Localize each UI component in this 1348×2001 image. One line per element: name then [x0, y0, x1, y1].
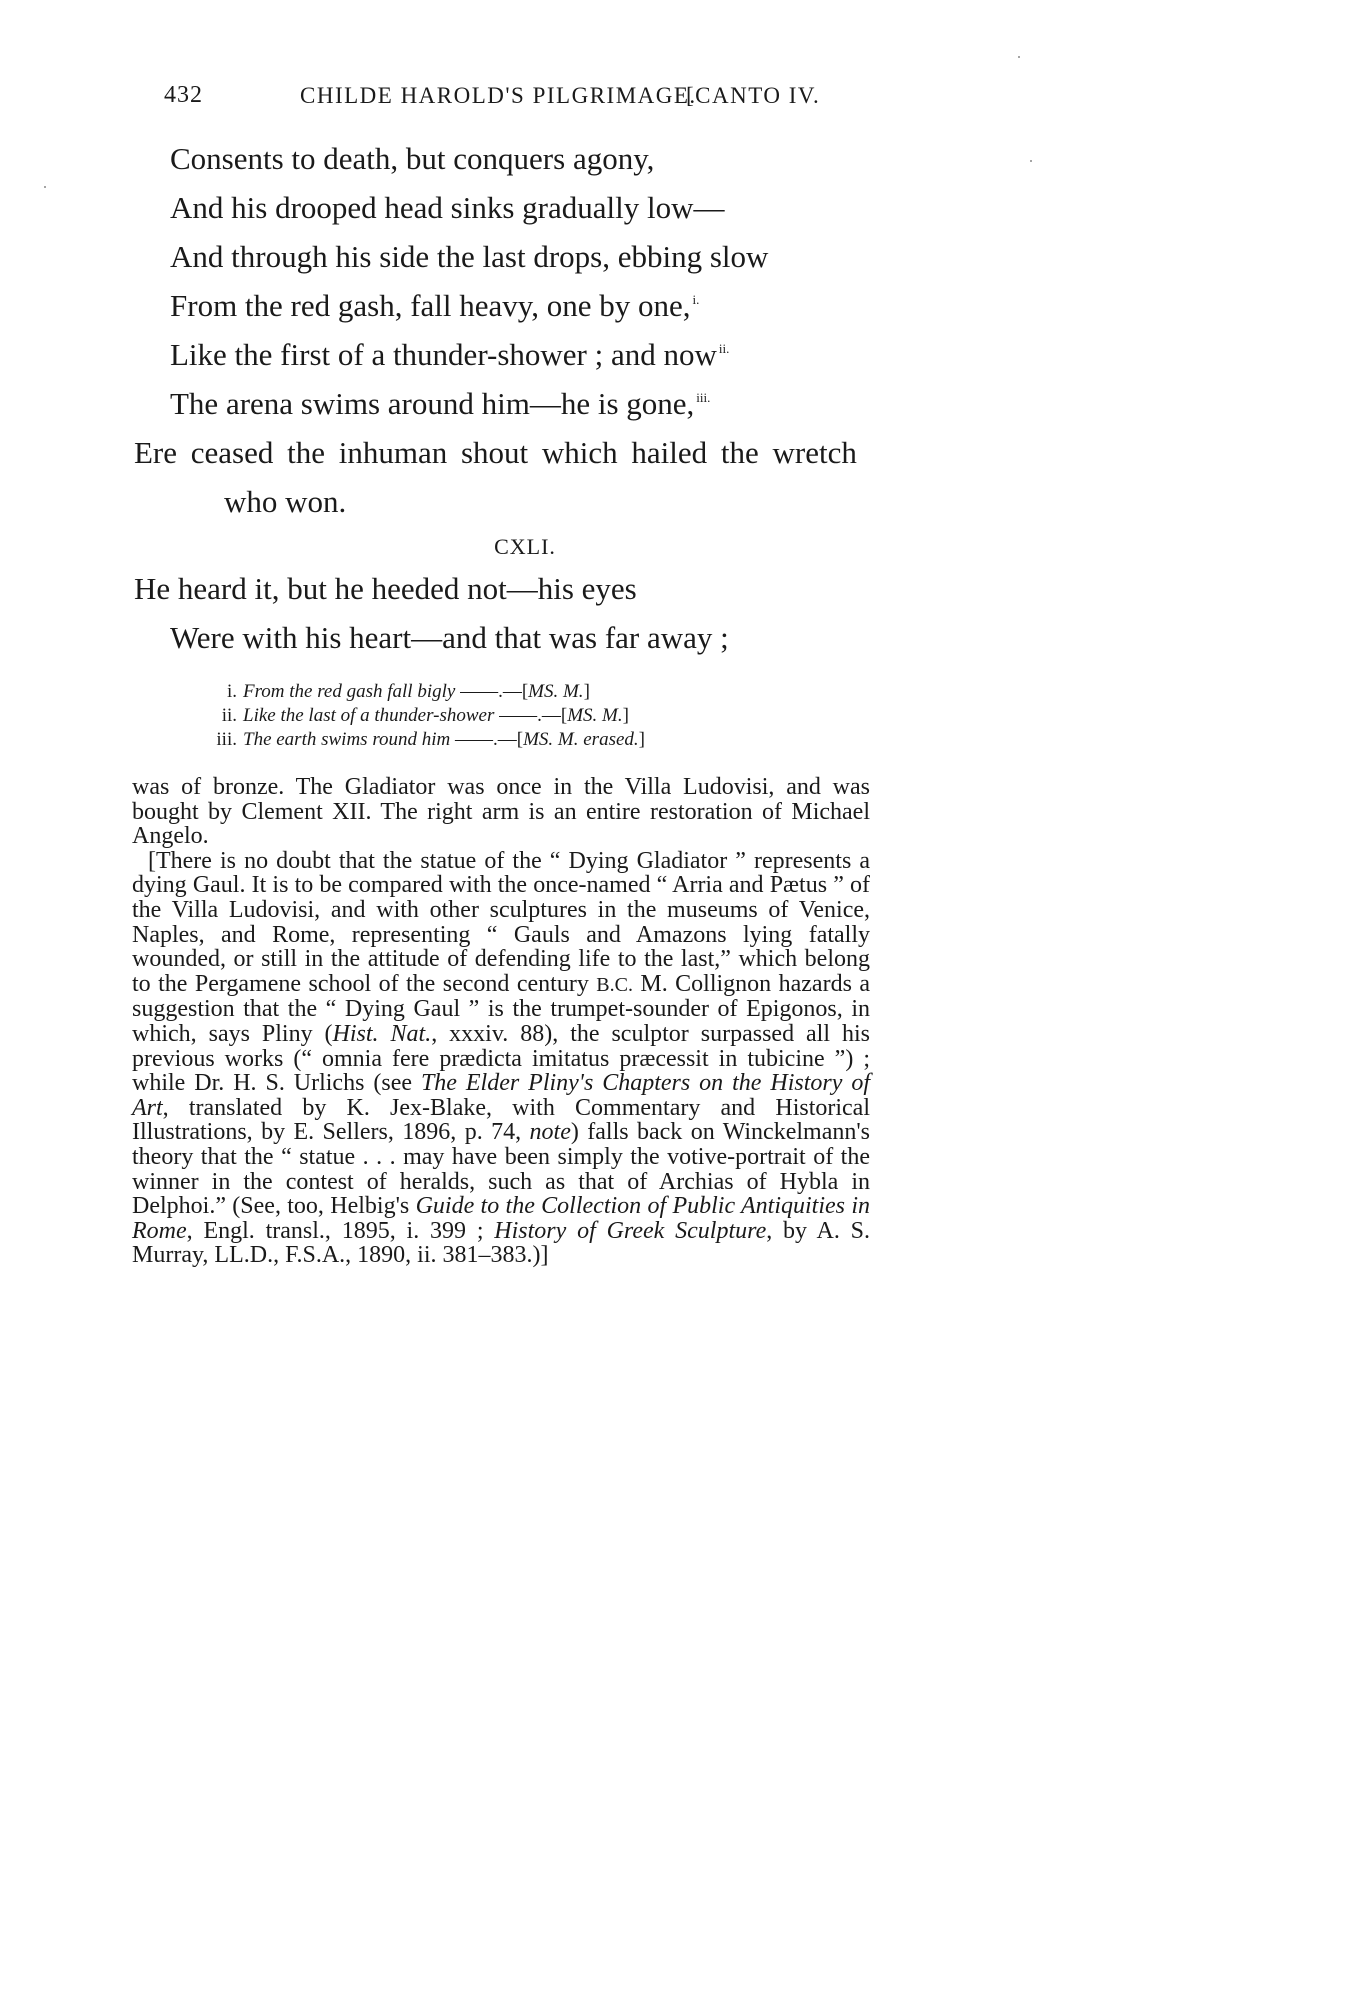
- variant-dash: ——.—[: [494, 705, 567, 726]
- variant-text: Like the last of a thunder-shower: [243, 705, 494, 726]
- commentary-paragraph: [There is no doubt that the statue of th…: [132, 849, 870, 1268]
- text-run: B.C.: [596, 974, 633, 996]
- variant-close: ]: [623, 705, 629, 726]
- variant-reading-item: iii.The earth swims round him ——.—[MS. M…: [215, 728, 645, 752]
- variant-reading-item: ii.Like the last of a thunder-shower ——.…: [215, 704, 645, 728]
- variant-dash: ——.—[: [455, 681, 528, 702]
- verse-text: who won.: [224, 484, 346, 519]
- scan-speck: [1030, 160, 1032, 162]
- book-page: 432 CHILDE HAROLD'S PILGRIMAGE. [CANTO I…: [0, 0, 1348, 2001]
- variant-close: ]: [584, 681, 590, 702]
- variant-number: ii.: [215, 704, 237, 728]
- text-run: , Engl. transl., 1895, i. 399 ;: [187, 1218, 495, 1244]
- verse-line: The arena swims around him—he is gone,ii…: [170, 381, 710, 427]
- variant-text: The earth swims round him: [243, 729, 450, 750]
- variant-source: MS. M.: [567, 705, 622, 726]
- verse-line: Like the first of a thunder-shower ; and…: [170, 332, 729, 378]
- commentary-paragraph: was of bronze. The Gladiator was once in…: [132, 775, 870, 849]
- variant-source: MS. M.: [528, 681, 583, 702]
- verse-line: Were with his heart—and that was far awa…: [170, 615, 729, 661]
- verse-text: Consents to death, but conquers agony,: [170, 141, 654, 176]
- book-title: CHILDE HAROLD'S PILGRIMAGE.: [300, 83, 697, 109]
- citation-title: History of Greek Sculpture: [494, 1218, 766, 1244]
- citation-title: Hist. Nat.: [333, 1021, 432, 1047]
- running-head: 432 CHILDE HAROLD'S PILGRIMAGE. [CANTO I…: [164, 82, 894, 112]
- verse-line: And through his side the last drops, ebb…: [170, 234, 768, 280]
- variant-note-marker[interactable]: i.: [693, 292, 700, 307]
- variant-dash: ——.—[: [450, 729, 523, 750]
- variant-note-marker[interactable]: iii.: [696, 390, 710, 405]
- variant-note-marker[interactable]: ii.: [719, 341, 729, 356]
- verse-text: He heard it, but he heeded not—his eyes: [134, 571, 637, 606]
- page-number: 432: [164, 82, 203, 109]
- verse-line: Consents to death, but conquers agony,: [170, 136, 654, 182]
- canto-reference: [CANTO IV.: [686, 83, 820, 109]
- verse-text: And through his side the last drops, ebb…: [170, 239, 768, 274]
- scan-speck: [1018, 56, 1020, 58]
- verse-text: Ere ceased the inhuman shout which haile…: [134, 435, 857, 470]
- variant-readings: i.From the red gash fall bigly ——.—[MS. …: [215, 680, 645, 752]
- variant-close: ]: [639, 729, 645, 750]
- variant-reading-item: i.From the red gash fall bigly ——.—[MS. …: [215, 680, 645, 704]
- variant-text: From the red gash fall bigly: [243, 681, 455, 702]
- citation-title: note: [530, 1119, 571, 1145]
- stanza-number: CXLI.: [0, 534, 1050, 560]
- variant-number: iii.: [215, 728, 237, 752]
- verse-line: From the red gash, fall heavy, one by on…: [170, 283, 699, 329]
- scan-speck: [44, 186, 46, 188]
- verse-line: And his drooped head sinks gradually low…: [170, 185, 724, 231]
- verse-text: The arena swims around him—he is gone,: [170, 386, 694, 421]
- verse-line: who won.: [224, 479, 346, 525]
- verse-text: Like the first of a thunder-shower ; and…: [170, 337, 717, 372]
- verse-text: And his drooped head sinks gradually low…: [170, 190, 724, 225]
- variant-number: i.: [215, 680, 237, 704]
- verse-line: He heard it, but he heeded not—his eyes: [134, 566, 637, 612]
- verse-line: Ere ceased the inhuman shout which haile…: [134, 430, 857, 476]
- verse-text: Were with his heart—and that was far awa…: [170, 620, 729, 655]
- verse-text: From the red gash, fall heavy, one by on…: [170, 288, 691, 323]
- variant-source: MS. M. erased.: [523, 729, 639, 750]
- commentary-notes: was of bronze. The Gladiator was once in…: [132, 775, 870, 1268]
